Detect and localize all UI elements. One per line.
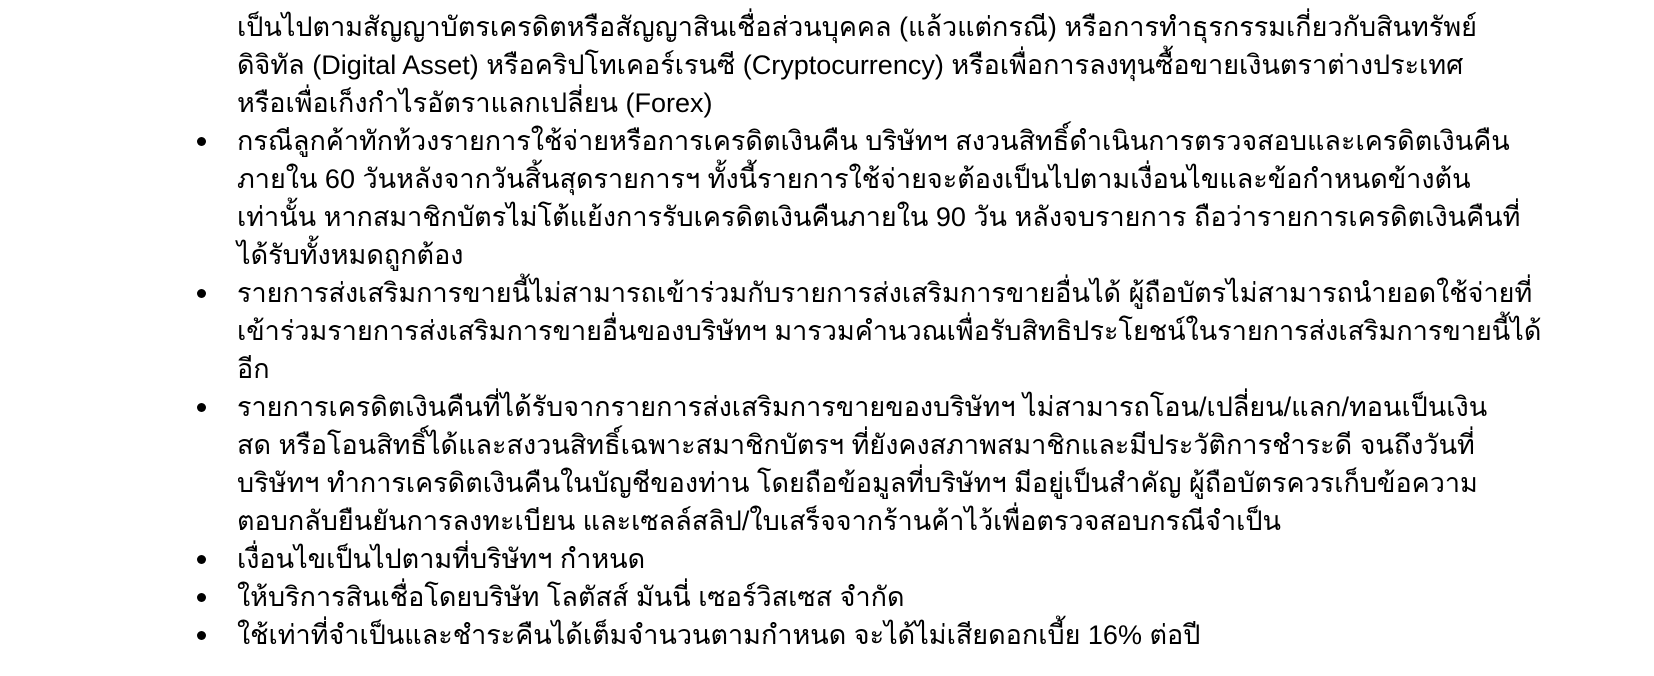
bullet-item: ให้บริการสินเชื่อโดยบริษัท โลตัสส์ มันนี… [237, 578, 1594, 616]
text-line: สด หรือโอนสิทธิ์ได้และสงวนสิทธิ์เฉพาะสมา… [237, 426, 1594, 464]
text-line: เงื่อนไขเป็นไปตามที่บริษัทฯ กำหนด [237, 540, 1594, 578]
bullet-item: กรณีลูกค้าทักท้วงรายการใช้จ่ายหรือการเคร… [237, 122, 1594, 274]
bullet-icon [197, 593, 206, 602]
bullet-icon [197, 631, 206, 640]
text-line: กรณีลูกค้าทักท้วงรายการใช้จ่ายหรือการเคร… [237, 122, 1594, 160]
text-line: เป็นไปตามสัญญาบัตรเครดิตหรือสัญญาสินเชื่… [237, 8, 1594, 46]
text-line: อีก [237, 350, 1594, 388]
text-line: ดิจิทัล (Digital Asset) หรือคริปโทเคอร์เ… [237, 46, 1594, 84]
text-line: รายการเครดิตเงินคืนที่ได้รับจากรายการส่ง… [237, 388, 1594, 426]
continuation-paragraph: เป็นไปตามสัญญาบัตรเครดิตหรือสัญญาสินเชื่… [237, 8, 1594, 122]
text-line: เท่านั้น หากสมาชิกบัตรไม่โต้แย้งการรับเค… [237, 198, 1594, 236]
bullet-item: รายการส่งเสริมการขายนี้ไม่สามารถเข้าร่วม… [237, 274, 1594, 388]
bullet-icon [197, 403, 206, 412]
bullet-item: รายการเครดิตเงินคืนที่ได้รับจากรายการส่ง… [237, 388, 1594, 540]
text-line: หรือเพื่อเก็งกำไรอัตราแลกเปลี่ยน (Forex) [237, 84, 1594, 122]
bullet-icon [197, 289, 206, 298]
terms-text-block: เป็นไปตามสัญญาบัตรเครดิตหรือสัญญาสินเชื่… [237, 8, 1594, 654]
text-line: บริษัทฯ ทำการเครดิตเงินคืนในบัญชีของท่าน… [237, 464, 1594, 502]
text-line: ภายใน 60 วันหลังจากวันสิ้นสุดรายการฯ ทั้… [237, 160, 1594, 198]
text-line: เข้าร่วมรายการส่งเสริมการขายอื่นของบริษั… [237, 312, 1594, 350]
bullet-item: เงื่อนไขเป็นไปตามที่บริษัทฯ กำหนด [237, 540, 1594, 578]
text-line: ได้รับทั้งหมดถูกต้อง [237, 236, 1594, 274]
text-line: ให้บริการสินเชื่อโดยบริษัท โลตัสส์ มันนี… [237, 578, 1594, 616]
document-page: เป็นไปตามสัญญาบัตรเครดิตหรือสัญญาสินเชื่… [0, 0, 1654, 676]
text-line: ใช้เท่าที่จำเป็นและชำระคืนได้เต็มจำนวนตา… [237, 616, 1594, 654]
bullet-icon [197, 137, 206, 146]
text-line: ตอบกลับยืนยันการลงทะเบียน และเซลล์สลิป/ใ… [237, 502, 1594, 540]
bullet-icon [197, 555, 206, 564]
bullet-item: ใช้เท่าที่จำเป็นและชำระคืนได้เต็มจำนวนตา… [237, 616, 1594, 654]
text-line: รายการส่งเสริมการขายนี้ไม่สามารถเข้าร่วม… [237, 274, 1594, 312]
